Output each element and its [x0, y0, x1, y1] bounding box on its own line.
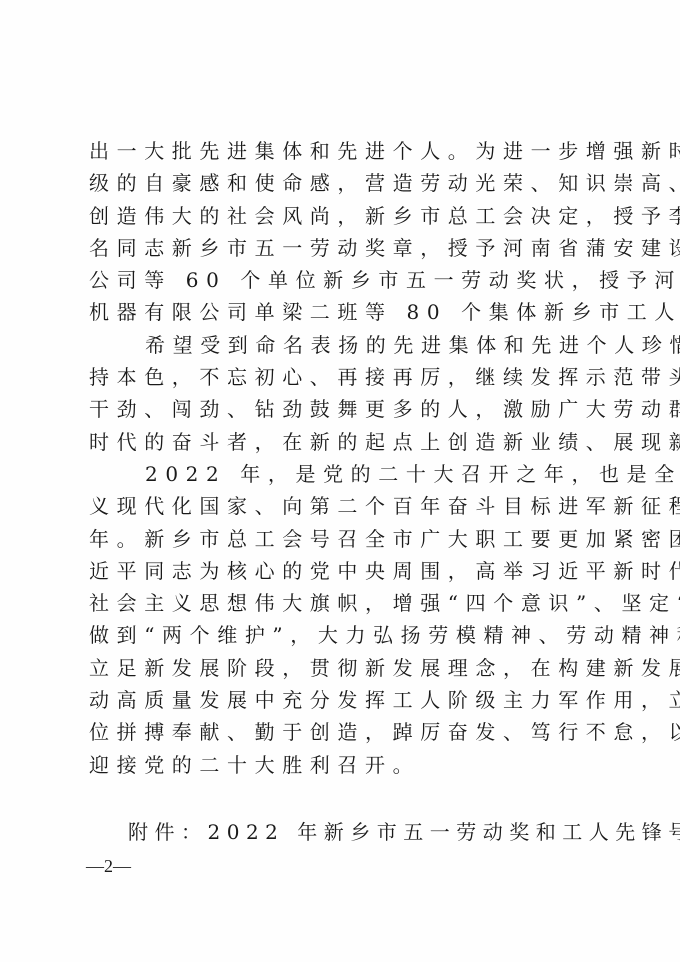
text-line: 名同志新乡市五一劳动奖章，授予河南省蒲安建设工程有限 [89, 232, 593, 264]
text-line: 动高质量发展中充分发挥工人阶级主力军作用，立足本职岗 [89, 684, 593, 716]
document-page: 出一大批先进集体和先进个人。为进一步增强新时代工人阶 级的自豪感和使命感，营造劳… [0, 0, 680, 962]
text-line: 公司等 60 个单位新乡市五一劳动奖状，授予河南省大方重型 [89, 264, 593, 296]
text-line: 创造伟大的社会风尚，新乡市总工会决定，授予李明龙等 218 [89, 200, 593, 232]
text-line: 2022 年，是党的二十大召开之年，也是全面建设社会主 [89, 458, 593, 490]
text-line: 立足新发展阶段，贯彻新发展理念，在构建新发展格局、推 [89, 652, 593, 684]
text-line: 时代的奋斗者，在新的起点上创造新业绩、展现新作为。 [89, 426, 593, 458]
text-line: 机器有限公司单梁二班等 80 个集体新乡市工人先锋号。 [89, 296, 593, 328]
attachment-note: 附件：2022 年新乡市五一劳动奖和工人先锋号名单 [128, 816, 680, 845]
text-line: 位拼搏奉献、勤于创造，踔厉奋发、笃行不怠，以优异成绩 [89, 716, 593, 748]
text-line: 级的自豪感和使命感，营造劳动光荣、知识崇高、人才宝贵、 [89, 167, 593, 199]
text-line: 年。新乡市总工会号召全市广大职工要更加紧密团结在以习 [89, 523, 593, 555]
text-line: 义现代化国家、向第二个百年奋斗目标进军新征程的关键之 [89, 490, 593, 522]
text-line: 迎接党的二十大胜利召开。 [89, 749, 593, 781]
text-line: 持本色，不忘初心、再接再厉，继续发挥示范带头作用，用 [89, 361, 593, 393]
text-line: 出一大批先进集体和先进个人。为进一步增强新时代工人阶 [89, 135, 593, 167]
text-line: 近平同志为核心的党中央周围，高举习近平新时代中国特色 [89, 555, 593, 587]
text-line: 社会主义思想伟大旗帜，增强“四个意识”、坚定“四个自信”、 [89, 587, 593, 619]
text-line: 做到“两个维护”，大力弘扬劳模精神、劳动精神和工匠精神， [89, 619, 593, 651]
text-line: 希望受到命名表扬的先进集体和先进个人珍惜荣誉、保 [89, 329, 593, 361]
page-number: —2— [86, 856, 131, 877]
document-body: 出一大批先进集体和先进个人。为进一步增强新时代工人阶 级的自豪感和使命感，营造劳… [89, 135, 593, 781]
text-line: 干劲、闯劲、钻劲鼓舞更多的人，激励广大劳动群众争做新 [89, 393, 593, 425]
